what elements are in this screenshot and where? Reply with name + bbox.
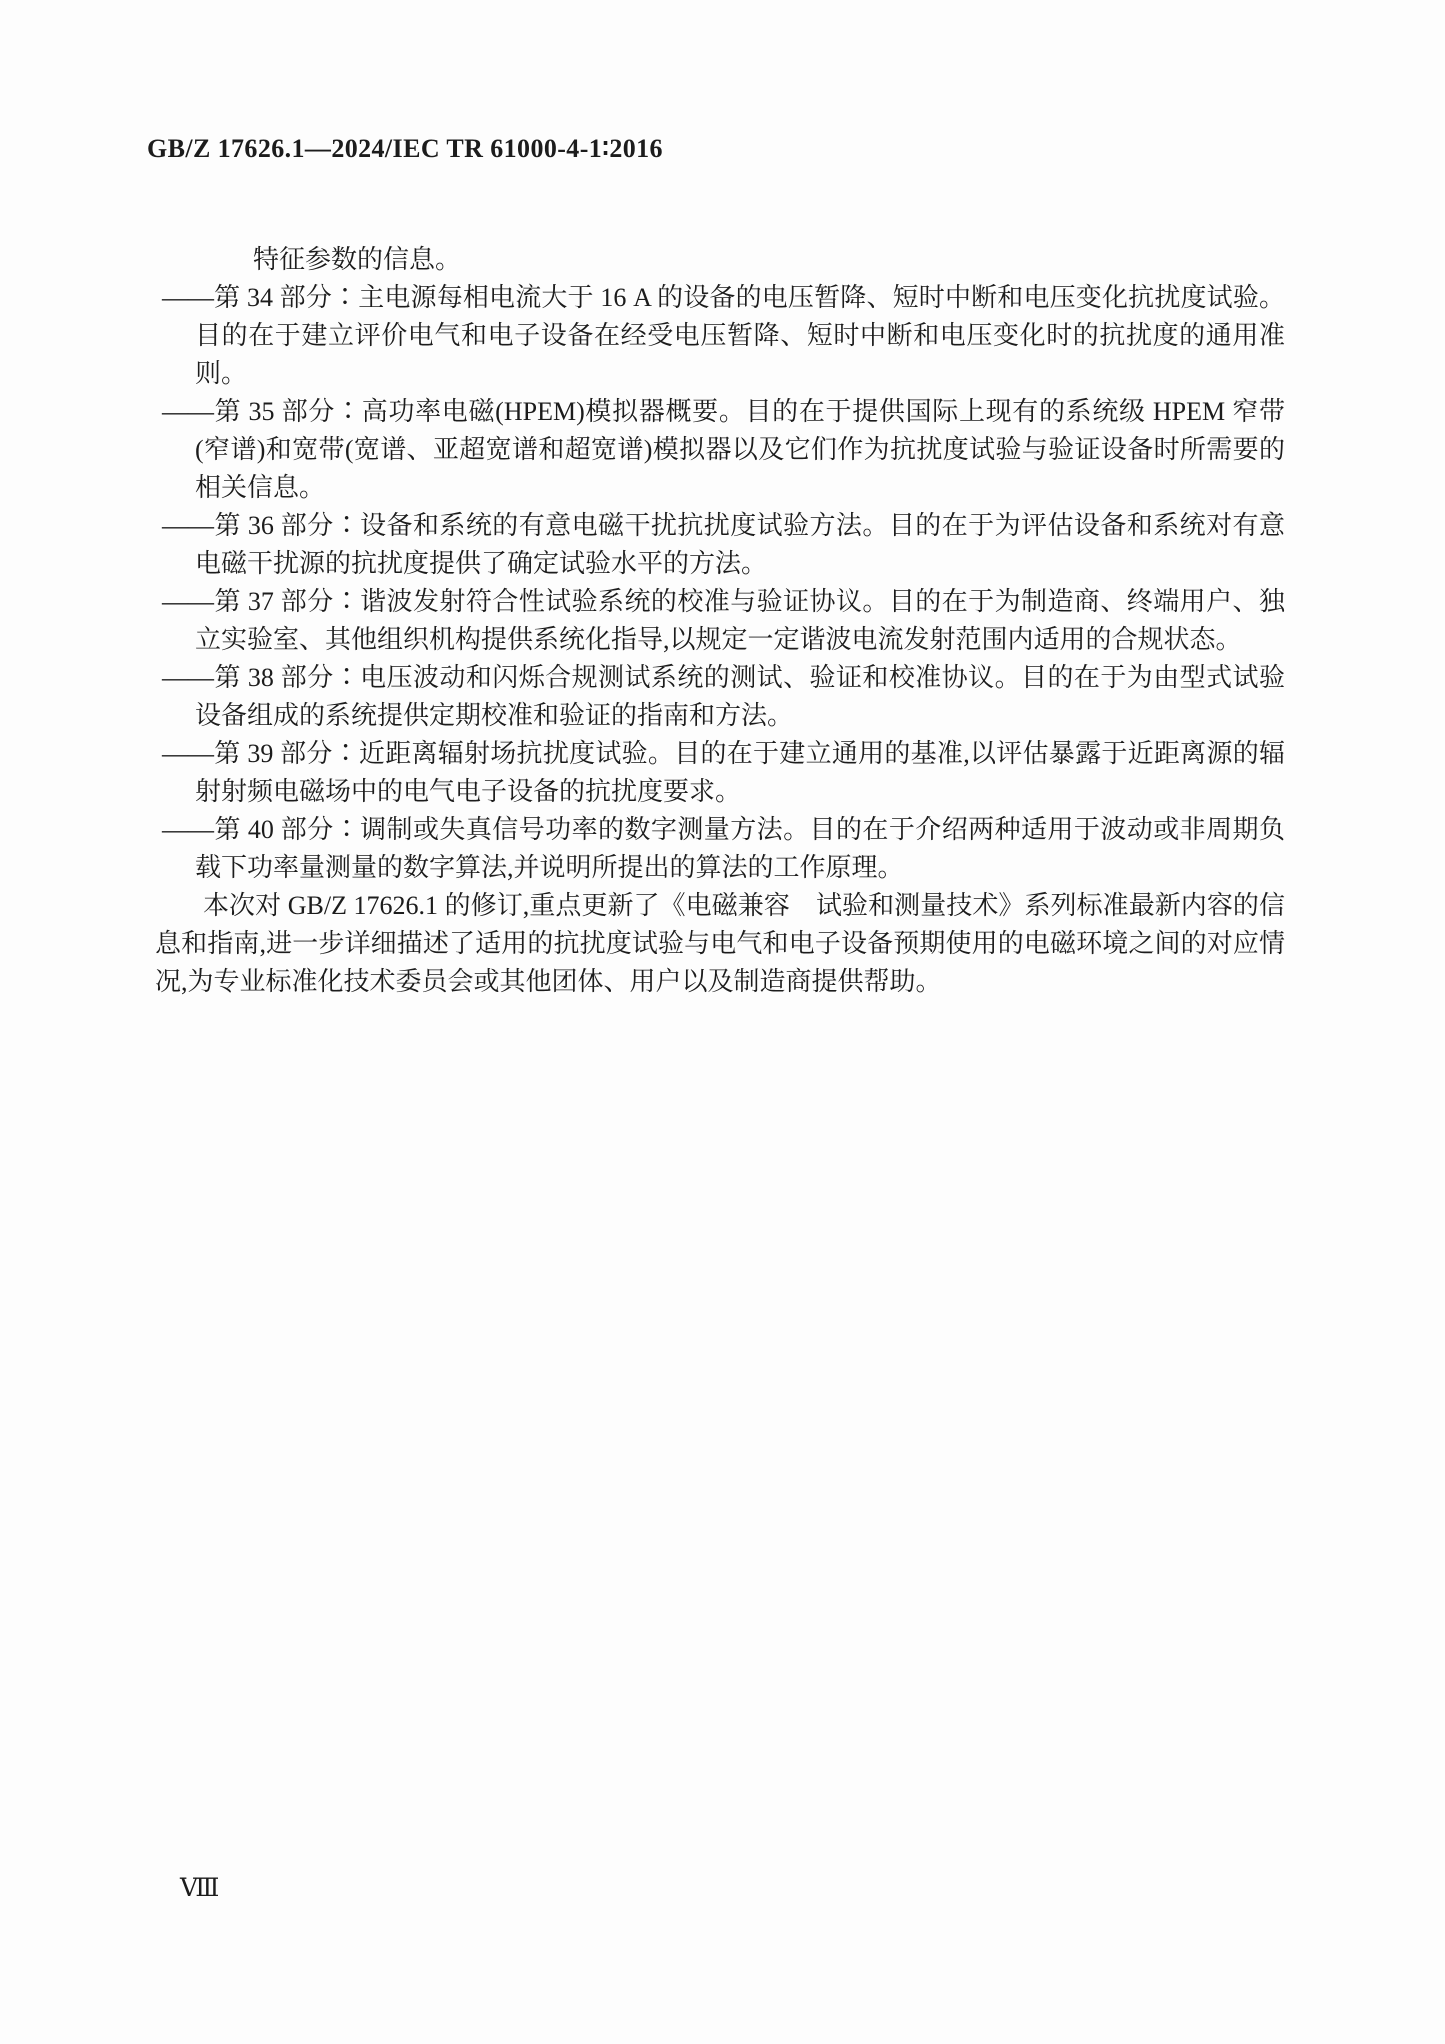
list-item-part-38: ——第 38 部分∶电压波动和闪烁合规测试系统的测试、验证和校准协议。目的在于为…	[155, 659, 1285, 735]
list-item-part-37: ——第 37 部分∶谐波发射符合性试验系统的校准与验证协议。目的在于为制造商、终…	[155, 583, 1285, 659]
list-item-part-35: ——第 35 部分∶高功率电磁(HPEM)模拟器概要。目的在于提供国际上现有的系…	[155, 393, 1285, 507]
list-item-part-36: ——第 36 部分∶设备和系统的有意电磁干扰抗扰度试验方法。目的在于为评估设备和…	[155, 507, 1285, 583]
document-page: GB/Z 17626.1—2024/IEC TR 61000-4-1∶2016 …	[0, 0, 1445, 2044]
foreword-content: 特征参数的信息。 ——第 34 部分∶主电源每相电流大于 16 A 的设备的电压…	[155, 241, 1285, 1001]
page-number: Ⅷ	[180, 1870, 219, 1908]
list-item-part-34: ——第 34 部分∶主电源每相电流大于 16 A 的设备的电压暂降、短时中断和电…	[155, 279, 1285, 393]
list-item-part-39: ——第 39 部分∶近距离辐射场抗扰度试验。目的在于建立通用的基准,以评估暴露于…	[155, 735, 1285, 811]
revision-summary-paragraph: 本次对 GB/Z 17626.1 的修订,重点更新了《电磁兼容 试验和测量技术》…	[155, 887, 1285, 1001]
carryover-text-line: 特征参数的信息。	[155, 241, 1285, 279]
standard-number-header: GB/Z 17626.1—2024/IEC TR 61000-4-1∶2016	[147, 134, 663, 164]
list-item-part-40: ——第 40 部分∶调制或失真信号功率的数字测量方法。目的在于介绍两种适用于波动…	[155, 811, 1285, 887]
